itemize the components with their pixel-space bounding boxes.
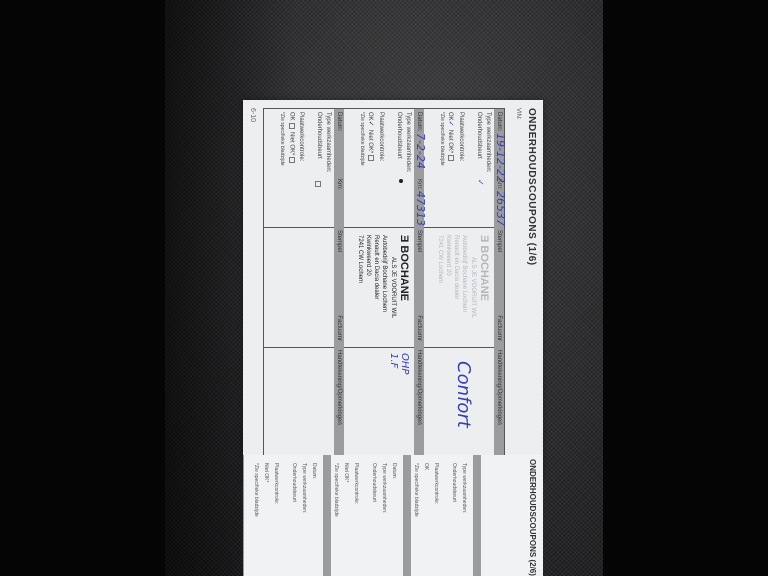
coupon-info: Datum: 7-2-24 Km: 47313 Type werkzaamhed… [344,109,424,228]
stamp-cell: StempelFactuurnr Ǝ BOCHANE ALS JE VOORUI… [344,227,424,348]
date-label: Datum: [496,112,502,131]
service-label: Onderhoudsbeurt [316,112,322,159]
booklet-page-1: ONDERHOUDSCOUPONS (1/6) VIN: Datum: 19-1… [243,100,543,480]
not-ok-label: Niet OK* [367,130,373,153]
ok-label: OK [447,112,453,121]
footnote: *Zie specifieke bladzijde [253,463,259,517]
type-label: Type werkzaamheden: [405,112,411,172]
date-label: Datum: [391,463,397,479]
notes-label: Handtekening/Opmerkingen [496,350,502,425]
stamp-label: Stempel [336,230,342,252]
background-right [603,0,768,576]
dealer-brand: Renault en Dacia dealer [373,235,379,299]
date-value: 19-12-22 [494,133,507,183]
not-ok-label: Niet OK* [263,463,269,482]
stamp-cell: StempelFactuurnr [264,227,344,348]
footnote: *Zie specifieke bladzijde [439,112,445,166]
notes-cell: Handtekening/Opmerkingen OHP 1.F [344,347,424,471]
dealer-brand: Renault en Dacia dealer [453,235,459,299]
plate-label: Plaatwerkcontrole: [378,112,384,161]
not-ok-label: Niet OK* [447,130,453,153]
plate-label: Plaatwerkcontrole: [353,463,359,504]
notes-cell: Handtekening/Opmerkingen Confort [424,347,504,471]
dealer-tagline: ALS JE VOORUIT WIL [470,257,476,318]
dealer-name: Autobedrijf Bochane Lochem [381,235,387,312]
booklet-page-2: ONDERHOUDSCOUPONS (2/6) Type werkzaamhed… [243,455,543,576]
dealer-city: 7241 CW Lochem [437,235,443,283]
footnote: *Zie specifieke bladzijde [279,112,285,166]
service-check-dot [399,179,403,183]
dealer-street: Kwinkweerd 20 [445,235,451,276]
notes-label: Handtekening/Opmerkingen [416,350,422,425]
km-value: 47313 [414,191,427,226]
footnote: *Zie specifieke bladzijde [413,463,419,517]
coupon-info: Datum: 19-12-22 Km: 26537 Type werkzaamh… [424,109,504,228]
plate-label: Plaatwerkcontrole: [433,463,439,504]
service-label: Onderhoudsbeurt [451,463,457,502]
service-checkbox [315,181,321,187]
coupon-row: Datum: 19-12-22 Km: 26537 Type werkzaamh… [423,109,504,471]
coupon-grid: Datum: 19-12-22 Km: 26537 Type werkzaamh… [263,108,505,472]
dealer-street: Kwinkweerd 20 [365,235,371,276]
ok-checkbox [289,123,295,129]
km-label: Km: [416,179,422,190]
coupon-row: Datum:Km: Type werkzaamheden: Onderhouds… [264,109,344,471]
notes-label: Handtekening/Opmerkingen [336,350,342,425]
plate-label: Plaatwerkcontrole: [298,112,304,161]
plate-label: Plaatwerkcontrole: [458,112,464,161]
service-label: Onderhoudsbeurt [396,112,402,159]
stamp-label: Stempel [416,230,422,252]
not-ok-checkbox [368,155,374,161]
coupon-info: Datum:Km: Type werkzaamheden: Onderhouds… [264,109,344,228]
footnote: *Zie specifieke bladzijde [359,112,365,166]
km-label: Km: [334,179,344,190]
not-ok-label: Niet OK* [288,132,294,155]
stamp-label: Stempel [496,230,502,252]
service-label: Onderhoudsbeurt [291,463,297,502]
date-value: 7-2-24 [414,133,427,169]
dealer-tagline: ALS JE VOORUIT WIL [390,257,396,318]
invoice-label: Factuurnr [414,315,424,341]
plate-label: Plaatwerkcontrole: [273,463,279,504]
notes-cell: Handtekening/Opmerkingen [264,347,344,471]
service-label: Onderhoudsbeurt [476,112,482,159]
date-label: Datum: [416,112,422,131]
ok-label: OK [423,463,429,470]
not-ok-label: Niet OK* [343,463,349,482]
stamp-cell: StempelFactuurnr Ǝ BOCHANE ALS JE VOORUI… [424,227,504,348]
handwritten-note: OHP 1.F [388,353,410,377]
not-ok-checkbox [289,157,295,163]
dealer-city: 7241 CW Lochem [357,235,363,283]
type-label: Type werkzaamheden: [485,112,491,172]
dealer-name: Autobedrijf Bochane Lochem [461,235,467,312]
km-label: Km: [496,179,502,190]
invoice-label: Factuurnr [334,315,344,341]
handwritten-signature: Confort [453,361,474,428]
ok-check-mark: ✓ [447,121,455,127]
type-label: Type werkzaamheden: [461,463,467,513]
dealer-logo: Ǝ BOCHANE [478,235,490,301]
ok-check-mark: ✓ [367,121,374,127]
ok-label: OK [367,112,373,121]
background-left [0,0,165,576]
footnote: *Zie specifieke bladzijde [333,463,339,517]
not-ok-checkbox [448,155,454,161]
date-label: Datum: [311,463,317,479]
type-label: Type werkzaamheden: [325,112,331,172]
service-label: Onderhoudsbeurt [371,463,377,502]
page-title: ONDERHOUDSCOUPONS (1/6) [526,108,537,266]
type-label: Type werkzaamheden: [381,463,387,513]
service-check-mark: ✓ [476,179,485,186]
coupon-row: Datum: 7-2-24 Km: 47313 Type werkzaamhed… [343,109,424,471]
ok-label: OK [288,112,294,121]
dealer-logo: Ǝ BOCHANE [398,235,410,301]
km-value: 26537 [494,191,507,226]
date-label: Datum: [336,112,342,131]
type-label: Type werkzaamheden: [301,463,307,513]
vin-label: VIN: [515,108,521,120]
invoice-label: Factuurnr [494,315,504,341]
page-number: 6-10 [249,108,256,122]
